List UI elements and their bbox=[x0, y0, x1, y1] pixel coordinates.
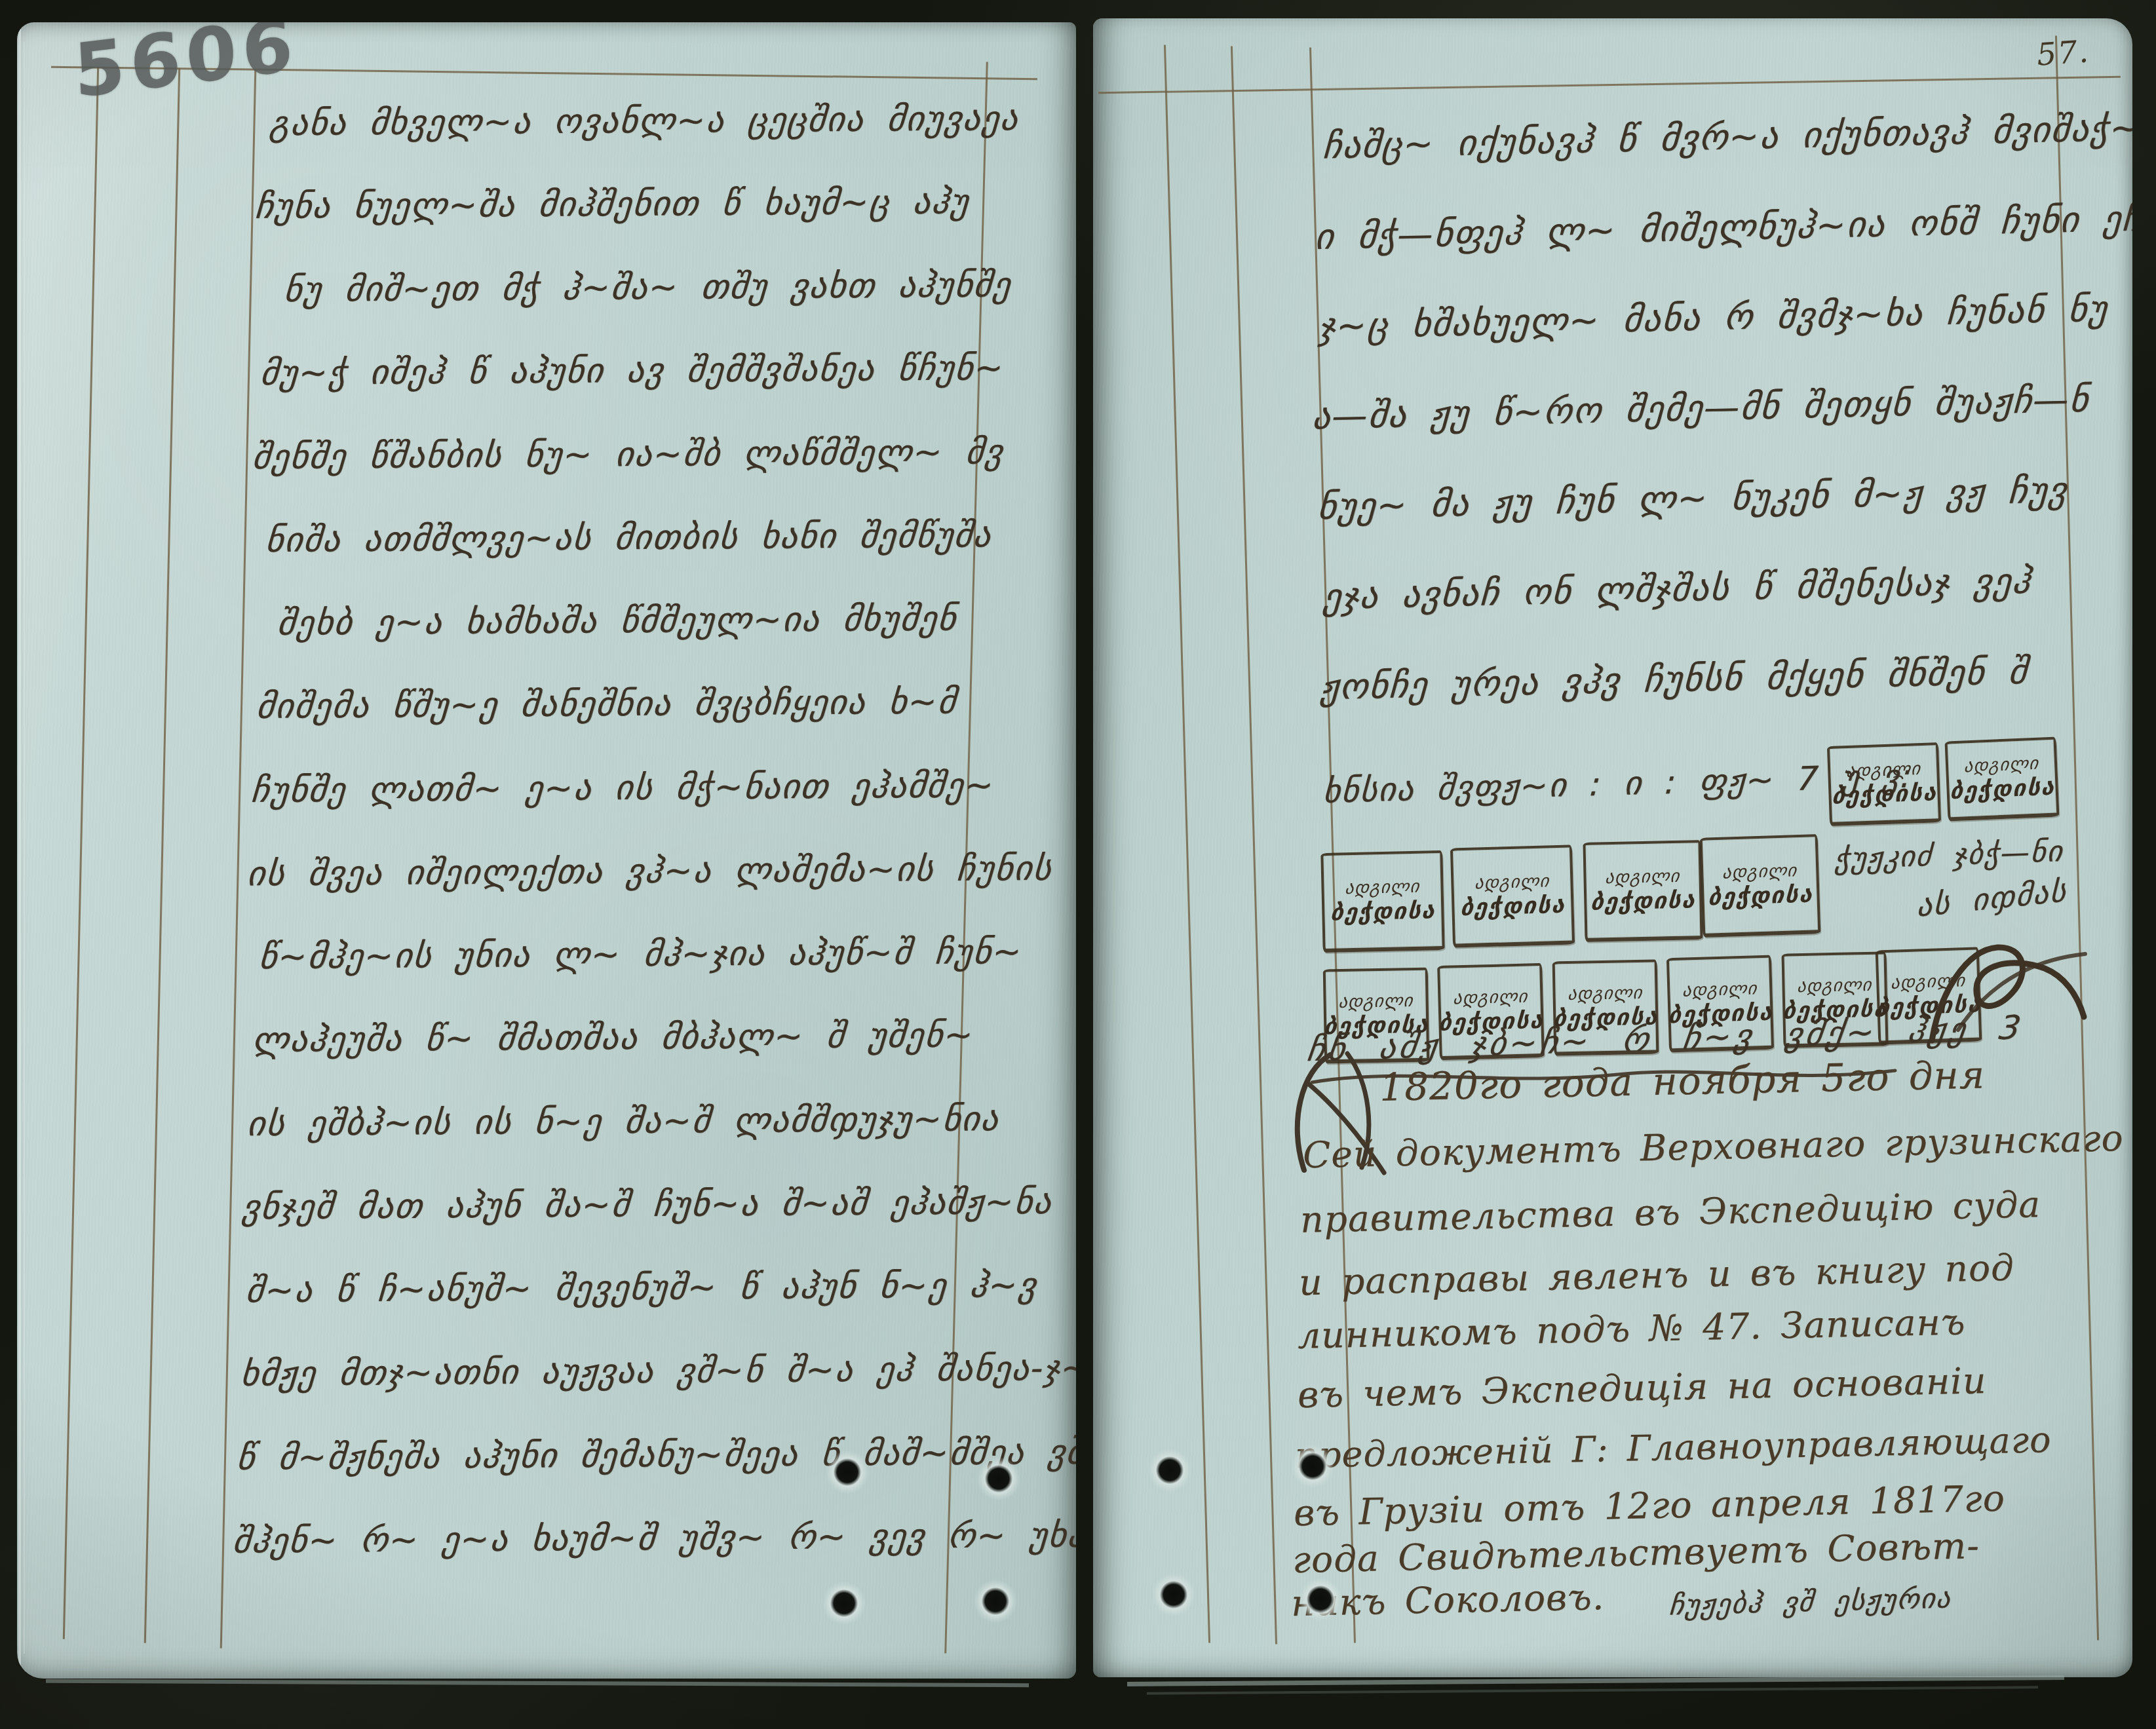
seal-text: ადგილი bbox=[1344, 876, 1421, 898]
binding-hole bbox=[1140, 1440, 1200, 1500]
binding-hole bbox=[817, 1442, 877, 1502]
page-stack-edge bbox=[1147, 1686, 2038, 1694]
seal-text: ბეჭდისა bbox=[1831, 780, 1938, 810]
seal-box: ადგილი ბეჭდისა bbox=[1945, 736, 2060, 821]
binding-hole bbox=[814, 1573, 874, 1633]
manuscript-line: ჩუნა ნუელ~შა მიჰშენით წ ხაუმ~ც აჰუ bbox=[254, 182, 971, 227]
manuscript-line: ნიშა ათმშლვე~ას მითბის ხანი შემწუშა bbox=[264, 516, 993, 560]
notary-line: въ чемъ Экспедиція на основаніи bbox=[1297, 1359, 1986, 1416]
seal-box: ადგილი ბეჭდისა bbox=[1320, 850, 1444, 953]
margin-rule bbox=[144, 68, 180, 1643]
binding-hole bbox=[965, 1571, 1026, 1631]
seal-text: ადგილი bbox=[1845, 758, 1921, 781]
manuscript-line: წ მ~შჟნეშა აჰუნი შემანუ~შეეა წ მაშ~მშეა … bbox=[235, 1432, 1076, 1477]
notary-line: линникомъ подъ № 47. Записанъ bbox=[1297, 1301, 1966, 1356]
seal-text: ბეჭდისა bbox=[1707, 881, 1815, 911]
seal-text: ადგილი bbox=[1722, 860, 1798, 883]
top-rule bbox=[1098, 76, 2121, 94]
manuscript-line: მუ~ჭ იშეჰ წ აჰუნი ავ შემშვშანეა წჩუნ~ bbox=[259, 349, 1006, 393]
margin-rule bbox=[1164, 45, 1210, 1643]
seal-text: ადგილი bbox=[1963, 753, 2039, 776]
manuscript-line: ის ეშბჰ~ის ის ნ~ე შა~შ ლამშჶუჯუ~ნია bbox=[246, 1099, 1001, 1144]
binding-hole bbox=[1144, 1565, 1204, 1625]
notary-line: правительства въ Экспедицію суда bbox=[1299, 1183, 2041, 1241]
notary-line: предложеній Г: Главноуправляющаго bbox=[1294, 1419, 2052, 1476]
manuscript-line: ის შვეა იშეილექთა ვჰ~ა ლაშემა~ის ჩუნის bbox=[246, 849, 1054, 894]
page-stack-edge bbox=[18, 29, 21, 1667]
seal-text: ადგილი bbox=[1796, 974, 1873, 996]
manuscript-line: ნუ მიშ~ეთ მჭ ჰ~შა~ თშუ ვახთ აჰუნშე bbox=[282, 265, 1013, 310]
seal-text: ბეჭდისა bbox=[1589, 887, 1697, 915]
manuscript-line: მიშემა წშუ~ე შანეშნია შვცბჩყეია ხ~მ bbox=[255, 682, 959, 726]
book-scan: 5606 განა მხველ~ა ოვანლ~ა ცეცშია მიუვაეა… bbox=[0, 0, 2156, 1729]
margin-rule bbox=[63, 67, 99, 1639]
manuscript-line: ლაჰეუშა წ~ შმათშაა მბჰალ~ შ უშენ~ bbox=[251, 1016, 975, 1060]
manuscript-line: შენშე წშანბის ნუ~ ია~შბ ლაწმშელ~ მვ bbox=[251, 432, 1005, 477]
seal-text: ბეჭდისა bbox=[1949, 774, 2056, 805]
manuscript-line: ხნსია შვფჟ~ი : ი : ფჟ~ 7 უ ვ: bbox=[1322, 757, 1914, 810]
left-page: 5606 განა მხველ~ა ოვანლ~ა ცეცშია მიუვაეა… bbox=[17, 22, 1076, 1679]
manuscript-line: ნუე~ მა ჟუ ჩუნ ლ~ ნუკენ მ~ჟ ვჟ ჩუვ bbox=[1317, 469, 2069, 527]
notary-line: и расправы явленъ и въ книгу под bbox=[1298, 1247, 2014, 1304]
page-number: 57. bbox=[2035, 33, 2090, 73]
manuscript-line: შეხბ ე~ა ხამხაშა წმშეულ~ია მხუშენ bbox=[276, 599, 959, 643]
seal-text: ადგილი bbox=[1338, 990, 1414, 1012]
page-stack-edge bbox=[24, 42, 25, 1654]
manuscript-line: განა მხველ~ა ოვანლ~ა ცეცშია მიუვაეა bbox=[268, 99, 1020, 143]
binding-hole bbox=[1290, 1569, 1351, 1629]
manuscript-line: ა—შა ჟუ წ~რო შემე—მნ შეთყნ შუაჟჩ—ნ bbox=[1311, 379, 2091, 438]
seal-box: ადგილი ბეჭდისა bbox=[1700, 834, 1821, 938]
notary-line: года Свидѣтельствуетъ Совѣт- bbox=[1292, 1525, 1980, 1581]
manuscript-line: ჩუჟებჰ ვშ ესჟურია bbox=[1668, 1582, 1953, 1621]
manuscript-line: ჩაშც~ იქუნავჰ წ მვრ~ა იქუნთავჰ მვიშაჭ~ვ bbox=[1322, 107, 2132, 167]
manuscript-line: ეჯა ავნაჩ ონ ლშჯშას წ მშენესაჯ ვეჰ bbox=[1322, 560, 2033, 617]
manuscript-line: ი მჭ—ნფეჰ ლ~ მიშელნუჰ~ია ონშ ჩუნი ეჩეშ bbox=[1314, 197, 2132, 257]
manuscript-line: ჟონჩე ურეა ვჰვ ჩუნსნ მქყენ შნშენ შ bbox=[1319, 651, 2030, 708]
manuscript-line: შჰენ~ რ~ ე~ა ხაუმ~შ უშვ~ რ~ ვევ რ~ უხა bbox=[231, 1515, 1076, 1561]
seal-text: ადგილი bbox=[1452, 986, 1529, 1008]
clerk-signature: ას იჶმას bbox=[1916, 873, 2068, 923]
binding-hole bbox=[1282, 1436, 1343, 1496]
seal-text: ადგილი bbox=[1604, 865, 1681, 887]
manuscript-line: წ~მჰე~ის უნია ლ~ მჰ~ჯია აჰუწ~შ ჩუნ~ bbox=[258, 932, 1024, 977]
seal-row-note: ჭუჟკიძ ჯბჭ—ნი bbox=[1834, 835, 2064, 876]
archival-number: 5606 bbox=[72, 22, 300, 115]
manuscript-line: ჩუნშე ლათმ~ ე~ა ის მჭ~ნაით ეჰამშე~ bbox=[250, 766, 996, 810]
manuscript-line: ჯ~ც ხშახუელ~ მანა რ შვმჯ~ხა ჩუნან ნუ bbox=[1318, 288, 2109, 347]
manuscript-line: ვნჯეშ მათ აჰუნ შა~შ ჩუნ~ა შ~აშ ეჰაშჟ~ნა bbox=[241, 1183, 1054, 1228]
margin-rule bbox=[1231, 46, 1277, 1644]
right-page: 57. ჩაშც~ იქუნავჰ წ მვრ~ა იქუნთავჰ მვიშა… bbox=[1093, 18, 2132, 1677]
notary-line: Сей документъ Верховнаго грузинскаго bbox=[1302, 1117, 2124, 1176]
seal-text: ბეჭდისა bbox=[1329, 898, 1436, 926]
notary-line: въ Грузіи отъ 12го апреля 1817го bbox=[1293, 1477, 2005, 1534]
binding-hole bbox=[969, 1449, 1029, 1509]
seal-text: ადგილი bbox=[1474, 871, 1550, 893]
seal-box: ადგილი ბეჭდისა bbox=[1583, 840, 1703, 942]
seal-box: ადგილი ბეჭდისა bbox=[1827, 742, 1941, 826]
page-stack-edge bbox=[46, 1679, 1029, 1688]
seal-box: ადგილი ბეჭდისა bbox=[1450, 845, 1575, 947]
manuscript-line: ხმჟე მთჯ~ათნი აუჟვაა ვშ~ნ შ~ა ეჰ შანეა-ჯ… bbox=[239, 1348, 1076, 1394]
seal-text: ადგილი bbox=[1682, 978, 1758, 1000]
manuscript-line: შ~ა წ ჩ~ანუშ~ შევენუშ~ წ აჰუნ ნ~ე ჰ~ვ bbox=[244, 1266, 1039, 1310]
seal-text: ადგილი bbox=[1567, 982, 1644, 1004]
seal-text: ბეჭდისა bbox=[1459, 892, 1567, 921]
